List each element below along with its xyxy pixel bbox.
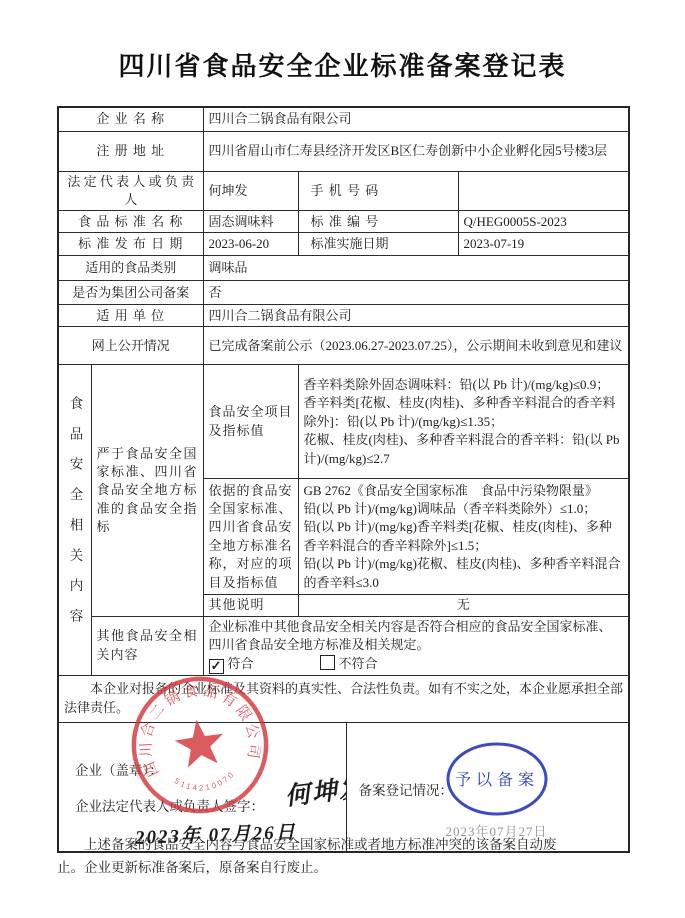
nonconform-label: 不符合 [339,656,378,671]
other-related-text: 企业标准中其他食品安全相关内容是否符合相应的食品安全国家标准、四川省食品安全地方… [209,619,612,652]
group-filing-value: 否 [203,281,629,305]
safety-items-value: 香辛料类除外固态调味料：铅(以 Pb 计)/(mg/kg)≤0.9； 香辛料类[… [298,365,629,479]
category-value: 调味品 [203,256,629,281]
legal-rep-signature: 何坤发 [283,770,346,815]
conform-label: 符合 [228,656,254,671]
address-label: 注 册 地 址 [58,131,203,171]
category-label: 适用的食品类别 [58,256,203,281]
legal-rep-value: 何坤发 [203,171,298,211]
group-filing-label: 是否为集团公司备案 [58,281,203,305]
approval-stamp: 予以备案 [441,739,553,819]
review-label: 备案登记情况： [359,781,454,800]
address-value: 四川省眉山市仁寿县经济开发区B区仁寿创新中小企业孵化园5号楼3层 [203,131,629,171]
seal-line-label: 企业（盖章）： [75,761,163,780]
safety-side-label: 食品安全相关内容 [68,396,82,639]
registration-table: 企 业 名 称 四川合二锅食品有限公司 注 册 地 址 四川省眉山市仁寿县经济开… [57,106,630,853]
document-page: 四川省食品安全企业标准备案登记表 企 业 名 称 四川合二锅食品有限公司 注 册… [0,0,685,918]
conform-checkbox-checked-icon: ✓ [209,659,224,674]
page-title: 四川省食品安全企业标准备案登记表 [0,46,685,83]
publicity-label: 网上公开情况 [58,327,203,365]
safety-items-label: 食品安全项目及指标值 [203,365,298,479]
std-no-value: Q/HEG0005S-2023 [458,211,629,233]
applicable-unit-value: 四川合二锅食品有限公司 [203,305,629,327]
impl-date-value: 2023-07-19 [458,233,629,256]
sign-line-label: 企业法定代表人或负责人签字： [75,797,264,816]
company-name-value: 四川合二锅食品有限公司 [203,107,629,131]
declaration-text: 本企业对报备的企业标准及其资料的真实性、合法性负责。如有不实之处，本企业愿承担全… [58,675,629,722]
approval-stamp-text: 予以备案 [455,771,539,789]
std-name-value: 固态调味料 [203,211,298,233]
phone-label: 手 机 号 码 [298,171,458,211]
safety-basis-label: 依据的食品安全国家标准、四川省食品安全地方标准名称，对应的项目及指标值 [203,479,298,595]
other-related-cell: 企业标准中其他食品安全相关内容是否符合相应的食品安全国家标准、四川省食品安全地方… [203,616,629,675]
registration-result-cell: 备案登记情况： 予以备案 2023年07月27日 [346,722,629,852]
publish-date-value: 2023-06-20 [203,233,298,256]
impl-date-label: 标准实施日期 [298,233,458,256]
publicity-value: 已完成备案前公示（2023.06.27-2023.07.25），公示期间未收到意… [203,327,629,365]
safety-side-label-cell: 食品安全相关内容 [58,365,91,675]
other-note-label: 其他说明 [203,595,298,616]
company-name-label: 企 业 名 称 [58,107,203,131]
legal-rep-label: 法 定 代 表 人 或 负 责 人 [58,171,203,211]
footer-note: 上述备案的食品安全内容与食品安全国家标准或者地方标准冲突的该备案自动废止。企业更… [57,834,562,880]
nonconform-checkbox-empty-icon [320,655,335,670]
std-name-label: 食 品 标 准 名 称 [58,211,203,233]
nonconform-option: 不符合 [320,656,378,671]
conform-option: ✓符合 [209,656,254,671]
other-related-label: 其他食品安全相关内容 [91,616,203,675]
safety-basis-value: GB 2762《食品安全国家标准 食品中污染物限量》 铅(以 Pb 计)/(mg… [298,479,629,595]
std-no-label: 标 准 编 号 [298,211,458,233]
phone-value [458,171,629,211]
enterprise-sign-cell: 企业（盖章）： 企业法定代表人或负责人签字： 何坤发 2023年 07月26日 [58,722,346,852]
applicable-unit-label: 适 用 单 位 [58,305,203,327]
other-note-value: 无 [298,595,629,616]
publish-date-label: 标 准 发 布 日 期 [58,233,203,256]
stricter-label: 严于食品安全国家标准、四川省食品安全地方标准的食品安全指标 [91,365,203,616]
